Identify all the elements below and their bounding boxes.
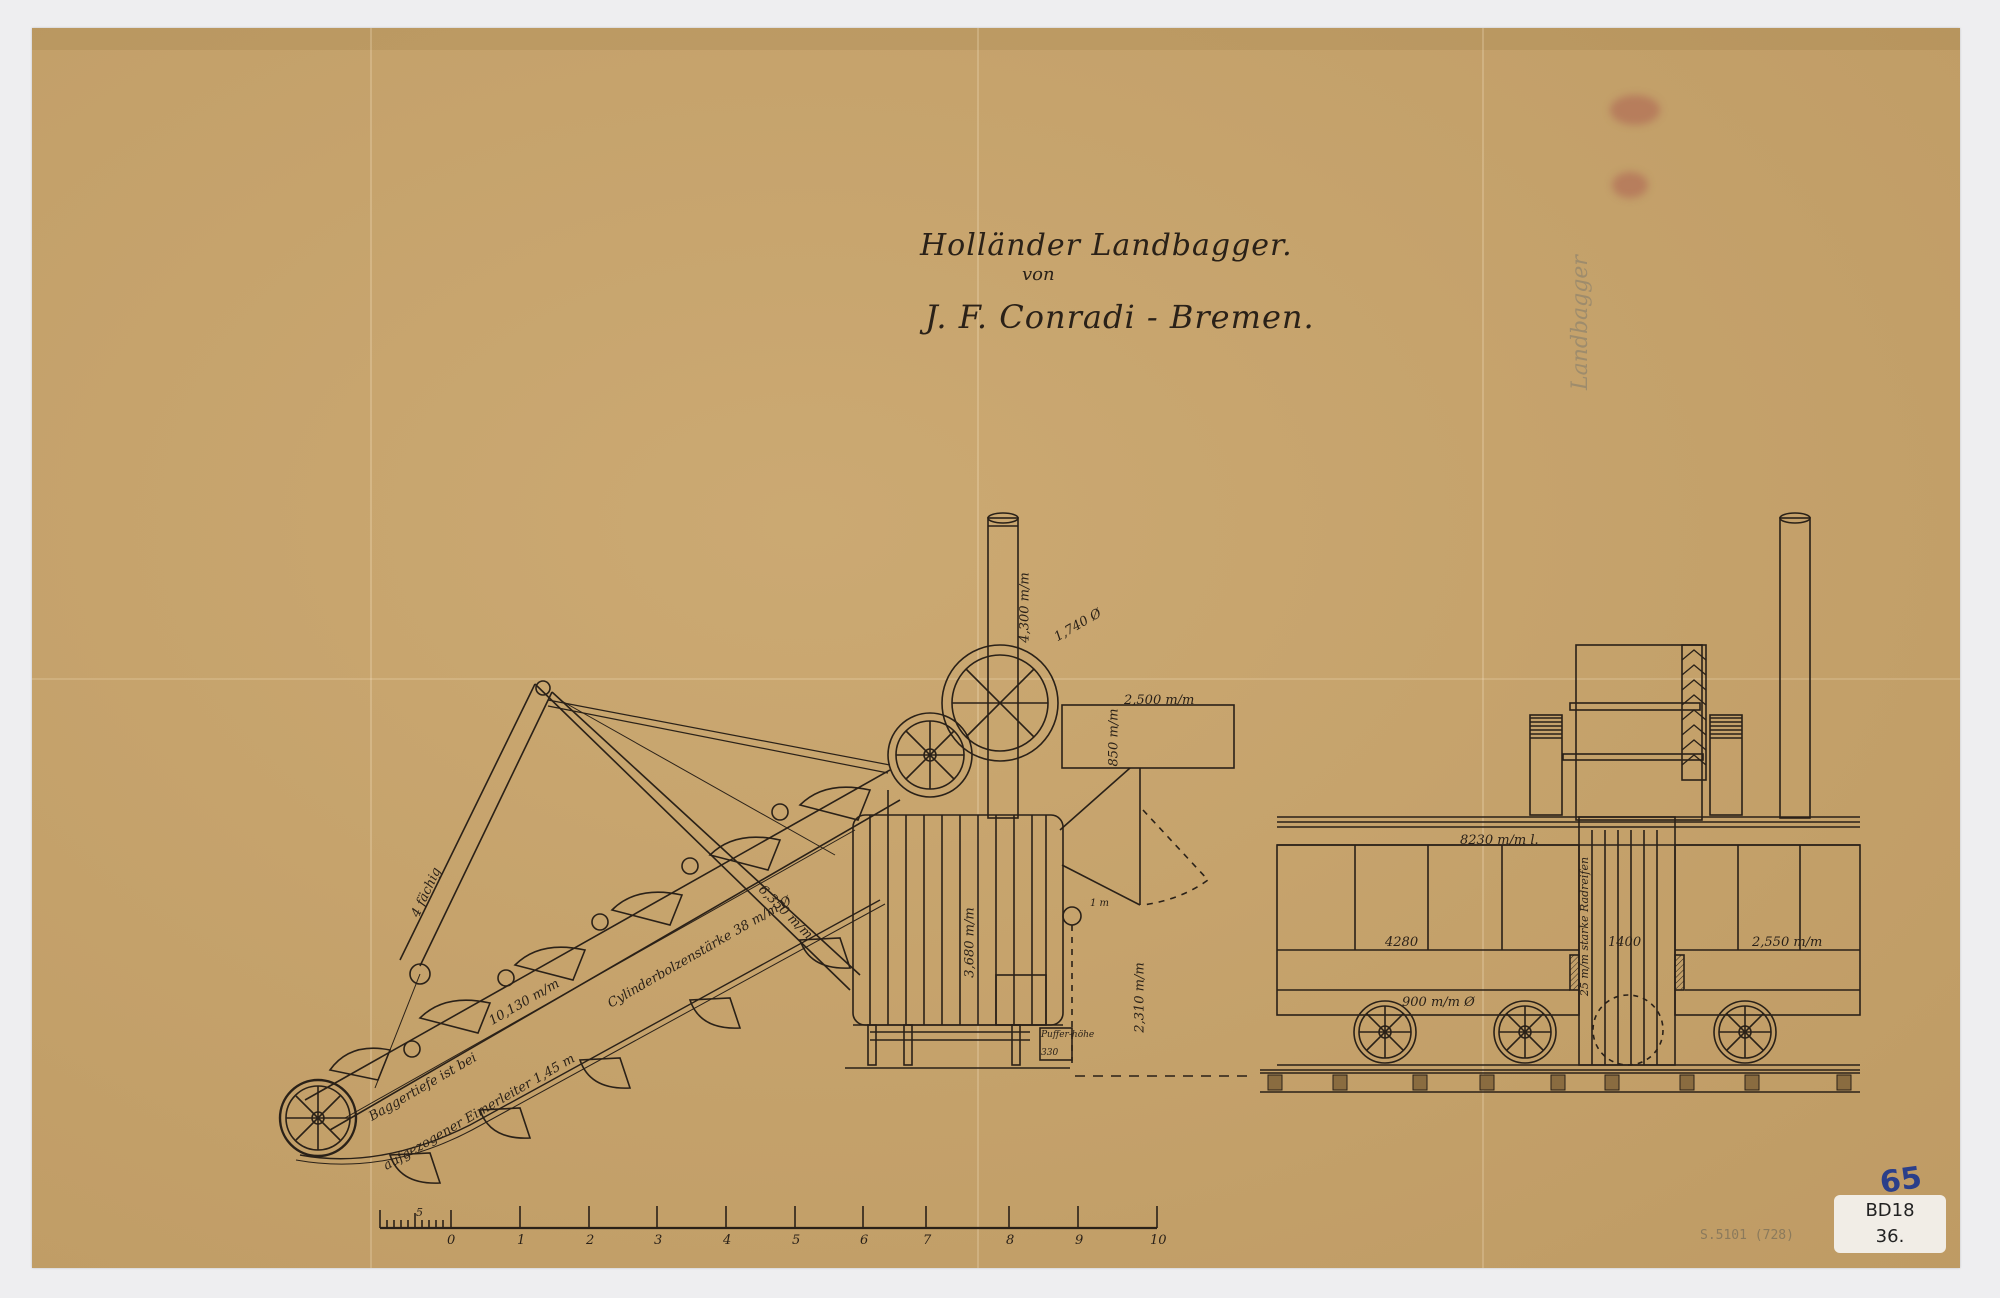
scale-tick-label: 10 (1150, 1233, 1167, 1248)
dim-hopper-width: 2,500 m/m (1124, 693, 1194, 708)
dim-center-section: 1400 (1608, 935, 1641, 950)
dim-wheel-size: 900 m/m Ø (1402, 995, 1475, 1010)
dim-drop-height: 2,310 m/m (1133, 962, 1148, 1032)
dim-left-section: 4280 (1385, 935, 1418, 950)
dim-frame-length: 8230 m/m l. (1460, 833, 1539, 848)
drive-wheels (888, 645, 1058, 815)
scale-tick-label: 3 (654, 1233, 662, 1248)
scale-tick-label: 5 (792, 1233, 800, 1248)
dim-right-section: 2,550 m/m (1752, 935, 1822, 950)
dim-small: 1 m (1090, 898, 1109, 909)
wheel-tire-note: 25 m/m starke Radreifen (1578, 857, 1591, 996)
pencil-archive-number: S.5101 (728) (1700, 1228, 1794, 1243)
chimney-left (988, 513, 1018, 818)
scale-tick-label: 8 (1006, 1233, 1014, 1248)
scale-tick-label: 6 (860, 1233, 868, 1248)
dim-boiler-height: 3,680 m/m (963, 907, 978, 977)
dim-chimney-height: 4,300 m/m (1018, 572, 1033, 642)
drawing-title: Holländer Landbagger. (920, 228, 1293, 263)
drawing-title-von: von (1022, 264, 1055, 285)
scale-tick-label: 1 (517, 1233, 525, 1248)
scale-tick-label: 2 (586, 1233, 594, 1248)
scale-tick-label: 7 (923, 1233, 931, 1248)
buffer-value: 330 (1041, 1048, 1058, 1058)
boiler-house (845, 815, 1072, 1068)
front-elevation (1260, 513, 1860, 1092)
front-wheels (1354, 1001, 1776, 1063)
archive-label-line2: 36. (1834, 1224, 1946, 1250)
technical-drawing (0, 0, 2000, 1298)
pencil-side-note: Landbagger (1568, 255, 1593, 390)
archive-label-line1: BD18 (1834, 1198, 1946, 1224)
scale-tick-label: 4 (723, 1233, 731, 1248)
scale-bar (380, 1206, 1157, 1228)
drawing-author: J. F. Conradi - Bremen. (925, 298, 1315, 336)
scale-subdivision-label: 5 (416, 1206, 423, 1219)
scale-tick-label: 9 (1075, 1233, 1083, 1248)
dim-hopper-height: 850 m/m (1106, 709, 1121, 767)
archive-label: BD18 36. (1834, 1195, 1946, 1253)
hopper (1060, 705, 1255, 1076)
scale-tick-label: 0 (447, 1233, 455, 1248)
rail-sleepers (1268, 1075, 1851, 1090)
buffer-note: Puffer-höhe (1041, 1030, 1094, 1040)
